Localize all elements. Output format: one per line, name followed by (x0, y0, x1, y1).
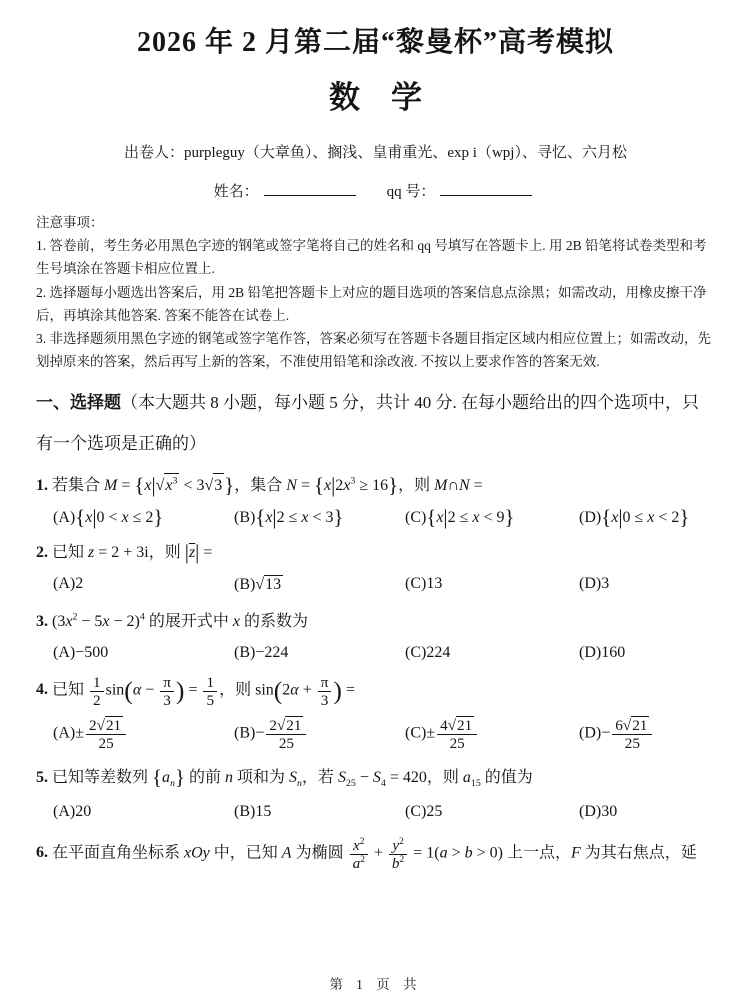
question-number: 6. (36, 844, 48, 861)
option-label: (B) (234, 509, 255, 526)
question-number: 5. (36, 769, 48, 786)
option-label: (A) (53, 644, 75, 661)
page-footer: 第 1 页 共 (0, 973, 751, 993)
option-label: (A) (53, 803, 75, 820)
notices: 注意事项： 1. 答卷前，考生务必用黑色字迹的钢笔或签字笔将自己的姓名和 qq … (36, 211, 715, 374)
authors-line: 出卷人：purpleguy（大章鱼）、搁浅、皇甫重光、exp i（wpj）、寻忆… (36, 141, 715, 162)
option-label: (C) (405, 575, 426, 592)
question-3-options: (A)−500(B)−224(C)224(D)160 (36, 644, 715, 662)
question-4-option-d: (D)−6√2125 (579, 716, 715, 753)
radical-sign: √ (623, 717, 631, 734)
question-2-stem: 2.已知 z = 2 + 3i，则 |z| = (36, 541, 715, 565)
radical-sign: √ (205, 474, 214, 498)
question-4: 4.已知 12sin(α − π3) = 15，则 sin(2α + π3) =… (36, 674, 715, 753)
name-qq-line: 姓名：qq 号： (36, 180, 715, 201)
radical-sign: √ (97, 717, 105, 734)
question-4-stem: 4.已知 12sin(α − π3) = 15，则 sin(2α + π3) = (36, 674, 715, 710)
option-label: (D) (579, 724, 601, 741)
section-desc: （本大题共 8 小题，每小题 5 分，共计 40 分. 在每小题给出的四个选项中… (36, 393, 699, 454)
question-4-options: (A)±2√2125(B)−2√2125(C)±4√2125(D)−6√2125 (36, 716, 715, 753)
questions-list: 1.若集合 M = {x|√x3 < 3√3}，集合 N = {x|2x3 ≥ … (36, 473, 715, 873)
option-label: (B) (234, 803, 255, 820)
section-title: 一、选择题 (36, 393, 121, 412)
option-label: (D) (579, 509, 601, 526)
radical-sign: √ (255, 576, 264, 594)
option-label: (B) (234, 644, 255, 661)
question-1-options: (A){x|0 < x ≤ 2}(B){x|2 ≤ x < 3}(C){x|2 … (36, 508, 715, 529)
notices-title: 注意事项： (36, 211, 715, 234)
question-2-option-d: (D)3 (579, 575, 715, 593)
question-3-option-a: (A)−500 (53, 644, 234, 662)
notice-item-1: 1. 答卷前，考生务必用黑色字迹的钢笔或签字笔将自己的姓名和 qq 号填写在答题… (36, 234, 715, 280)
notice-item-3: 3. 非选择题须用黑色字迹的钢笔或签字笔作答，答案必须写在答题卡各题目指定区域内… (36, 327, 715, 373)
qq-label: qq 号： (387, 184, 436, 200)
question-1-option-b: (B){x|2 ≤ x < 3} (234, 508, 405, 529)
question-2-option-a: (A)2 (53, 575, 234, 593)
question-2-options: (A)2(B)√13(C)13(D)3 (36, 575, 715, 594)
option-label: (C) (405, 509, 426, 526)
question-5-option-b: (B)15 (234, 803, 405, 821)
question-number: 3. (36, 613, 48, 630)
option-label: (B) (234, 724, 255, 741)
question-2-option-b: (B)√13 (234, 575, 405, 594)
question-1-stem: 1.若集合 M = {x|√x3 < 3√3}，集合 N = {x|2x3 ≥ … (36, 473, 715, 498)
radical-sign: √ (277, 717, 285, 734)
name-blank-line (264, 180, 356, 196)
option-label: (A) (53, 724, 75, 741)
question-6: 6.在平面直角坐标系 xOy 中，已知 A 为椭圆 x2a2 + y2b2 = … (36, 837, 715, 873)
question-3-option-d: (D)160 (579, 644, 715, 662)
question-5-option-d: (D)30 (579, 803, 715, 821)
question-number: 2. (36, 544, 48, 561)
question-4-option-c: (C)±4√2125 (405, 716, 579, 753)
section-heading: 一、选择题（本大题共 8 小题，每小题 5 分，共计 40 分. 在每小题给出的… (36, 382, 715, 465)
qq-blank-line (440, 180, 532, 196)
question-3: 3.(3x2 − 5x − 2)4 的展开式中 x 的系数为(A)−500(B)… (36, 610, 715, 662)
exam-subject: 数 学 (36, 72, 715, 117)
name-label: 姓名： (214, 184, 259, 200)
radical-sign: √ (156, 474, 165, 498)
question-1-option-c: (C){x|2 ≤ x < 9} (405, 508, 579, 529)
option-label: (C) (405, 803, 426, 820)
option-label: (D) (579, 575, 601, 592)
question-2-option-c: (C)13 (405, 575, 579, 593)
option-label: (C) (405, 724, 426, 741)
question-3-option-b: (B)−224 (234, 644, 405, 662)
question-4-option-a: (A)±2√2125 (53, 716, 234, 753)
question-number: 4. (36, 681, 48, 698)
question-6-stem: 6.在平面直角坐标系 xOy 中，已知 A 为椭圆 x2a2 + y2b2 = … (36, 837, 715, 873)
exam-page: 2026 年 2 月第二届“黎曼杯”高考模拟 数 学 出卷人：purpleguy… (0, 0, 751, 873)
option-label: (C) (405, 644, 426, 661)
notices-list: 1. 答卷前，考生务必用黑色字迹的钢笔或签字笔将自己的姓名和 qq 号填写在答题… (36, 234, 715, 373)
option-label: (A) (53, 509, 75, 526)
option-label: (B) (234, 576, 255, 593)
question-3-stem: 3.(3x2 − 5x − 2)4 的展开式中 x 的系数为 (36, 610, 715, 634)
radical-sign: √ (448, 717, 456, 734)
question-4-option-b: (B)−2√2125 (234, 716, 405, 753)
question-5: 5.已知等差数列 {an} 的前 n 项和为 Sn，若 S25 − S4 = 4… (36, 766, 715, 820)
question-3-option-c: (C)224 (405, 644, 579, 662)
notice-item-2: 2. 选择题每小题选出答案后，用 2B 铅笔把答题卡上对应的题目选项的答案信息点… (36, 281, 715, 327)
question-1-option-a: (A){x|0 < x ≤ 2} (53, 508, 234, 529)
exam-title: 2026 年 2 月第二届“黎曼杯”高考模拟 (36, 20, 715, 60)
question-5-stem: 5.已知等差数列 {an} 的前 n 项和为 Sn，若 S25 − S4 = 4… (36, 766, 715, 792)
option-label: (A) (53, 575, 75, 592)
option-label: (D) (579, 644, 601, 661)
option-label: (D) (579, 803, 601, 820)
question-1: 1.若集合 M = {x|√x3 < 3√3}，集合 N = {x|2x3 ≥ … (36, 473, 715, 529)
question-5-option-a: (A)20 (53, 803, 234, 821)
question-number: 1. (36, 477, 48, 494)
question-2: 2.已知 z = 2 + 3i，则 |z| =(A)2(B)√13(C)13(D… (36, 541, 715, 594)
question-1-option-d: (D){x|0 ≤ x < 2} (579, 508, 715, 529)
question-5-option-c: (C)25 (405, 803, 579, 821)
question-5-options: (A)20(B)15(C)25(D)30 (36, 803, 715, 821)
